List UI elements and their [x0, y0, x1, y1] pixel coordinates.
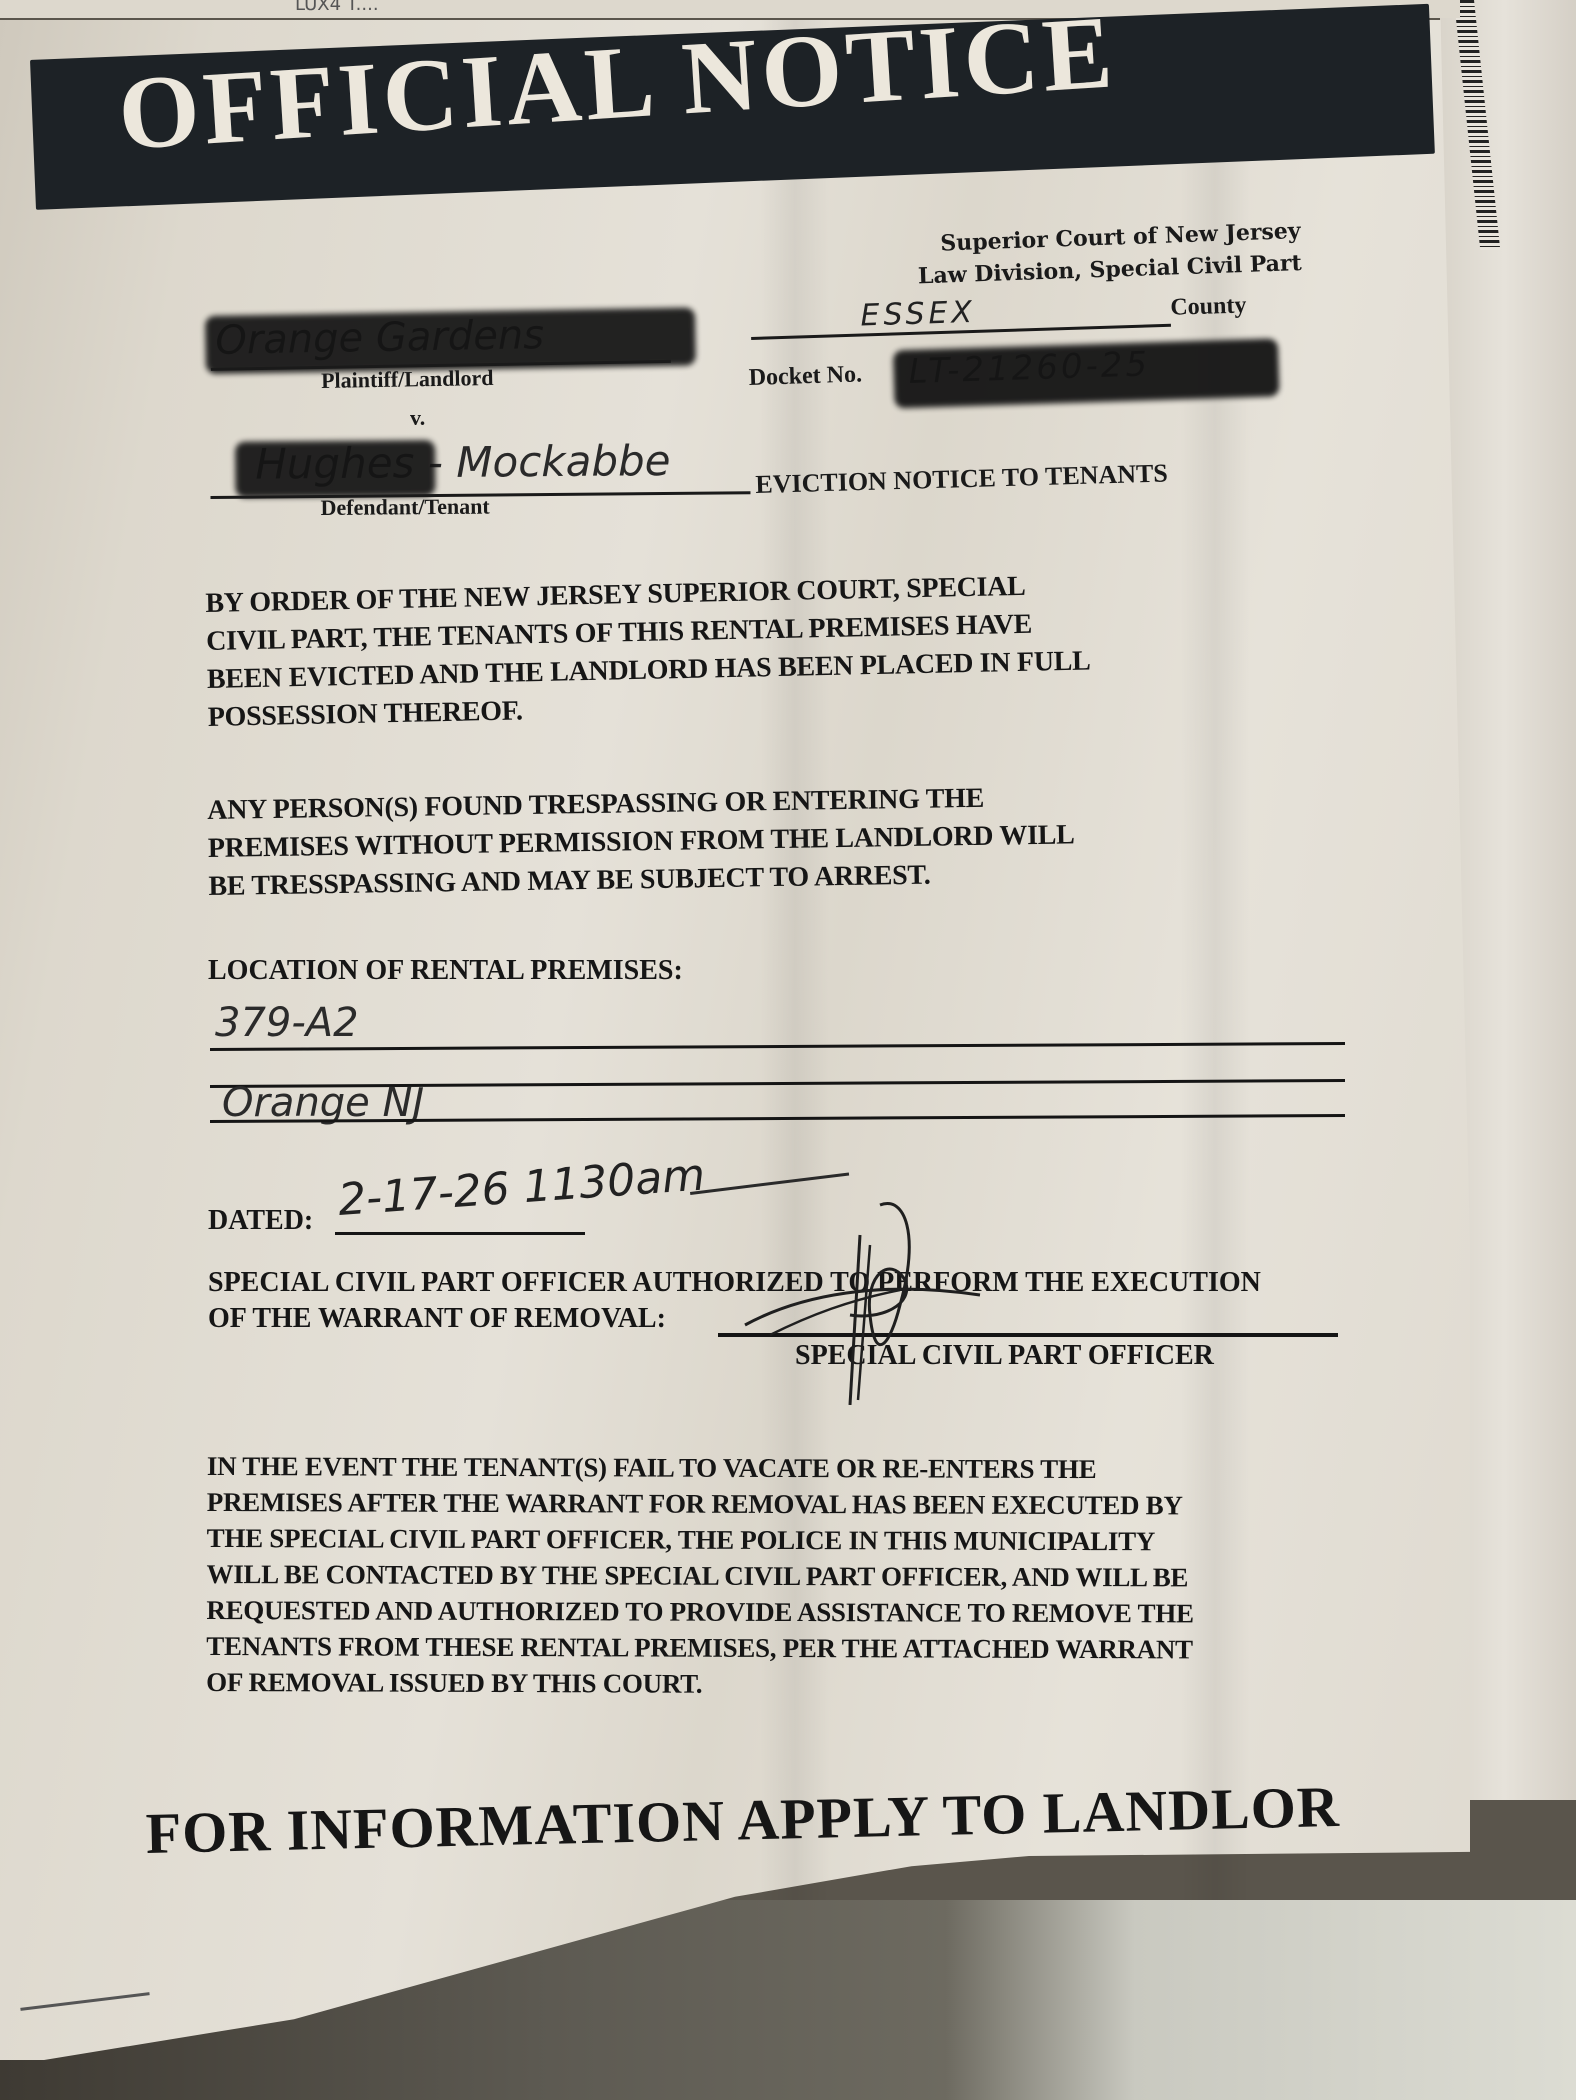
dated-underline: [335, 1232, 585, 1235]
dated-label: DATED:: [208, 1205, 313, 1237]
order-paragraph: BY ORDER OF THE NEW JERSEY SUPERIOR COUR…: [205, 566, 1092, 736]
officer-signature: [730, 1195, 990, 1405]
footer-instruction: FOR INFORMATION APPLY TO LANDLOR: [145, 1773, 1340, 1867]
defendant-redaction: [235, 440, 435, 498]
plaintiff-field: Orange Gardens Plaintiff/Landlord: [205, 309, 696, 398]
docket-field: Docket No. LT-21260-25: [748, 337, 1310, 415]
docket-label: Docket No.: [748, 361, 862, 392]
defendant-field: Hughes - Mockabbe Defendant/Tenant: [210, 435, 751, 530]
location-line-1: [210, 1042, 1345, 1051]
paragraph-line: REQUESTED AND AUTHORIZED TO PROVIDE ASSI…: [206, 1592, 1193, 1631]
court-header: Superior Court of New Jersey Law Divisio…: [880, 215, 1302, 294]
county-value: ESSEX: [860, 295, 977, 334]
police-assistance-paragraph: IN THE EVENT THE TENANT(S) FAIL TO VACAT…: [206, 1448, 1194, 1703]
plaintiff-label: Plaintiff/Landlord: [321, 365, 494, 394]
notice-document: OFFICIAL NOTICE Superior Court of New Je…: [0, 0, 1576, 2100]
county-field: ESSEX County: [750, 286, 1271, 342]
eviction-notice-heading: EVICTION NOTICE TO TENANTS: [755, 458, 1168, 500]
paragraph-line: OF REMOVAL ISSUED BY THIS COURT.: [206, 1664, 1193, 1703]
dated-pen-stroke: [690, 1173, 849, 1195]
pen-mark: [20, 1992, 149, 2011]
versus-label: v.: [410, 405, 425, 431]
defendant-label: Defendant/Tenant: [320, 494, 489, 521]
paragraph-line: IN THE EVENT THE TENANT(S) FAIL TO VACAT…: [207, 1448, 1194, 1487]
location-label: LOCATION OF RENTAL PREMISES:: [208, 955, 683, 987]
paragraph-line: THE SPECIAL CIVIL PART OFFICER, THE POLI…: [207, 1520, 1194, 1559]
docket-redaction: [893, 338, 1280, 408]
paragraph-line: TENANTS FROM THESE RENTAL PREMISES, PER …: [206, 1628, 1193, 1667]
dated-value: 2-17-26 1130am: [336, 1149, 706, 1226]
county-label: County: [1170, 292, 1247, 321]
paragraph-line: WILL BE CONTACTED BY THE SPECIAL CIVIL P…: [206, 1556, 1193, 1595]
location-line-1-value: 379-A2: [215, 1000, 359, 1046]
paragraph-line: PREMISES AFTER THE WARRANT FOR REMOVAL H…: [207, 1484, 1194, 1523]
trespass-paragraph: ANY PERSON(S) FOUND TRESPASSING OR ENTER…: [207, 778, 1075, 906]
